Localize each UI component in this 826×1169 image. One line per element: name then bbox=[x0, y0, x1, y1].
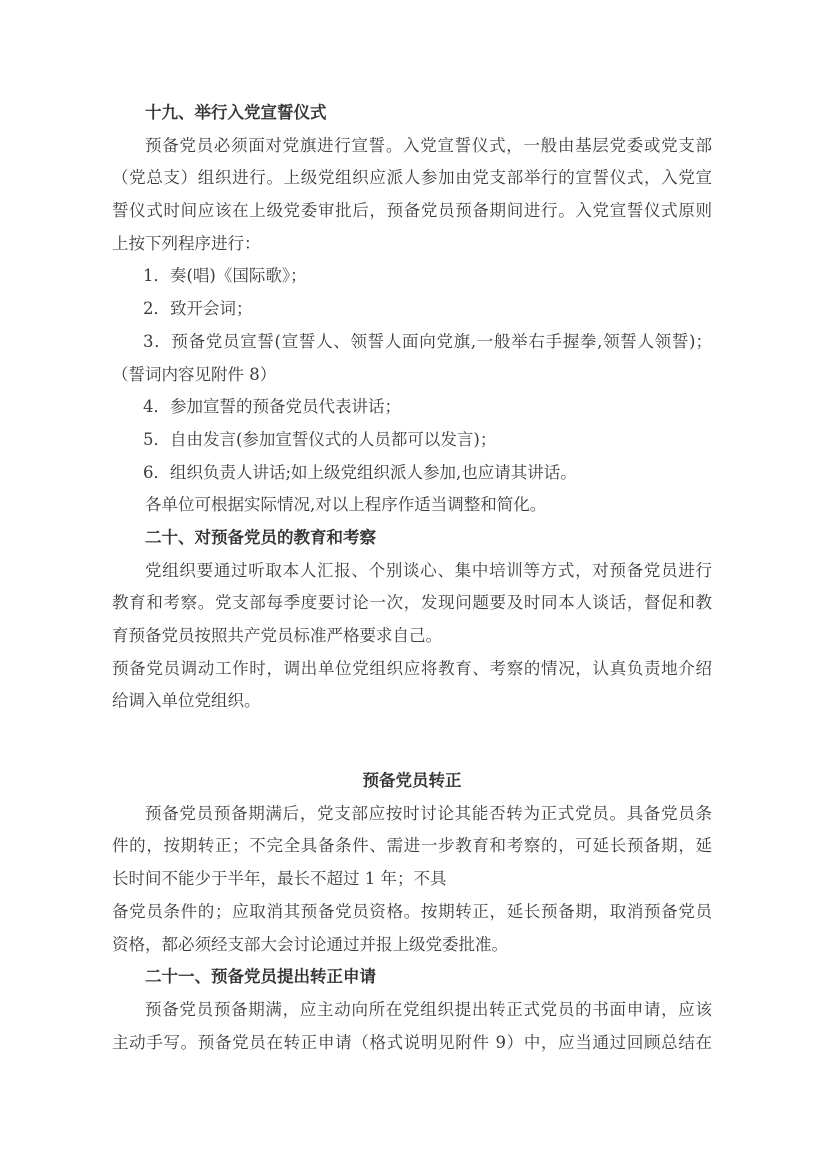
list-item-4: 4．参加宣誓的预备党员代表讲话； bbox=[112, 391, 712, 424]
heading-section-19: 十九、举行入党宣誓仪式 bbox=[112, 97, 712, 130]
list-item-2: 2．致开会词； bbox=[112, 293, 712, 326]
doc-line: 备党员条件的；应取消其预备党员资格。按期转正，延长预备期，取消预备党员 bbox=[112, 896, 712, 929]
doc-line: 给调入单位党组织。 bbox=[112, 685, 712, 718]
doc-line: 党组织要通过听取本人汇报、个别谈心、集中培训等方式，对预备党员进行 bbox=[112, 555, 712, 588]
doc-line: 预备党员预备期满后，党支部应按时讨论其能否转为正式党员。具备党员条 bbox=[112, 798, 712, 831]
list-item-6: 6．组织负责人讲话;如上级党组织派人参加,也应请其讲话。 bbox=[112, 457, 712, 490]
doc-line: 各单位可根据实际情况,对以上程序作适当调整和简化。 bbox=[112, 489, 712, 522]
document-content: 十九、举行入党宣誓仪式 预备党员必须面对党旗进行宣誓。入党宣誓仪式，一般由基层党… bbox=[112, 97, 712, 1059]
heading-section-21: 二十一、预备党员提出转正申请 bbox=[112, 961, 712, 994]
blank-line bbox=[112, 718, 712, 758]
document-page: 十九、举行入党宣誓仪式 预备党员必须面对党旗进行宣誓。入党宣誓仪式，一般由基层党… bbox=[0, 0, 826, 1169]
doc-line: （党总支）组织进行。上级党组织应派人参加由党支部举行的宣誓仪式，入党宣 bbox=[112, 162, 712, 195]
doc-line: 誓仪式时间应该在上级党委审批后，预备党员预备期间进行。入党宣誓仪式原则 bbox=[112, 195, 712, 228]
heading-chapter-transfer: 预备党员转正 bbox=[112, 765, 712, 798]
doc-line: 件的，按期转正；不完全具备条件、需进一步教育和考察的，可延长预备期，延 bbox=[112, 830, 712, 863]
doc-line: 资格，都必须经支部大会讨论通过并报上级党委批准。 bbox=[112, 929, 712, 962]
doc-line: 预备党员必须面对党旗进行宣誓。入党宣誓仪式，一般由基层党委或党支部 bbox=[112, 130, 712, 163]
heading-section-20: 二十、对预备党员的教育和考察 bbox=[112, 522, 712, 555]
doc-line: 预备党员调动工作时，调出单位党组织应将教育、考察的情况，认真负责地介绍 bbox=[112, 653, 712, 686]
doc-line: （誓词内容见附件 8） bbox=[112, 359, 712, 392]
doc-line: 主动手写。预备党员在转正申请（格式说明见附件 9）中，应当通过回顾总结在 bbox=[112, 1027, 712, 1060]
list-item-1: 1．奏(唱)《国际歌》； bbox=[112, 260, 712, 293]
doc-line: 上按下列程序进行： bbox=[112, 228, 712, 261]
list-item-5: 5．自由发言(参加宣誓仪式的人员都可以发言)； bbox=[112, 424, 712, 457]
doc-line: 育预备党员按照共产党员标准严格要求自己。 bbox=[112, 620, 712, 653]
list-item-3: 3．预备党员宣誓(宣誓人、领誓人面向党旗,一般举右手握拳,领誓人领誓)； bbox=[112, 326, 712, 359]
doc-line: 预备党员预备期满，应主动向所在党组织提出转正式党员的书面申请，应该 bbox=[112, 994, 712, 1027]
doc-line: 长时间不能少于半年，最长不超过 1 年；不具 bbox=[112, 863, 712, 896]
doc-line: 教育和考察。党支部每季度要讨论一次，发现问题要及时同本人谈话，督促和教 bbox=[112, 587, 712, 620]
